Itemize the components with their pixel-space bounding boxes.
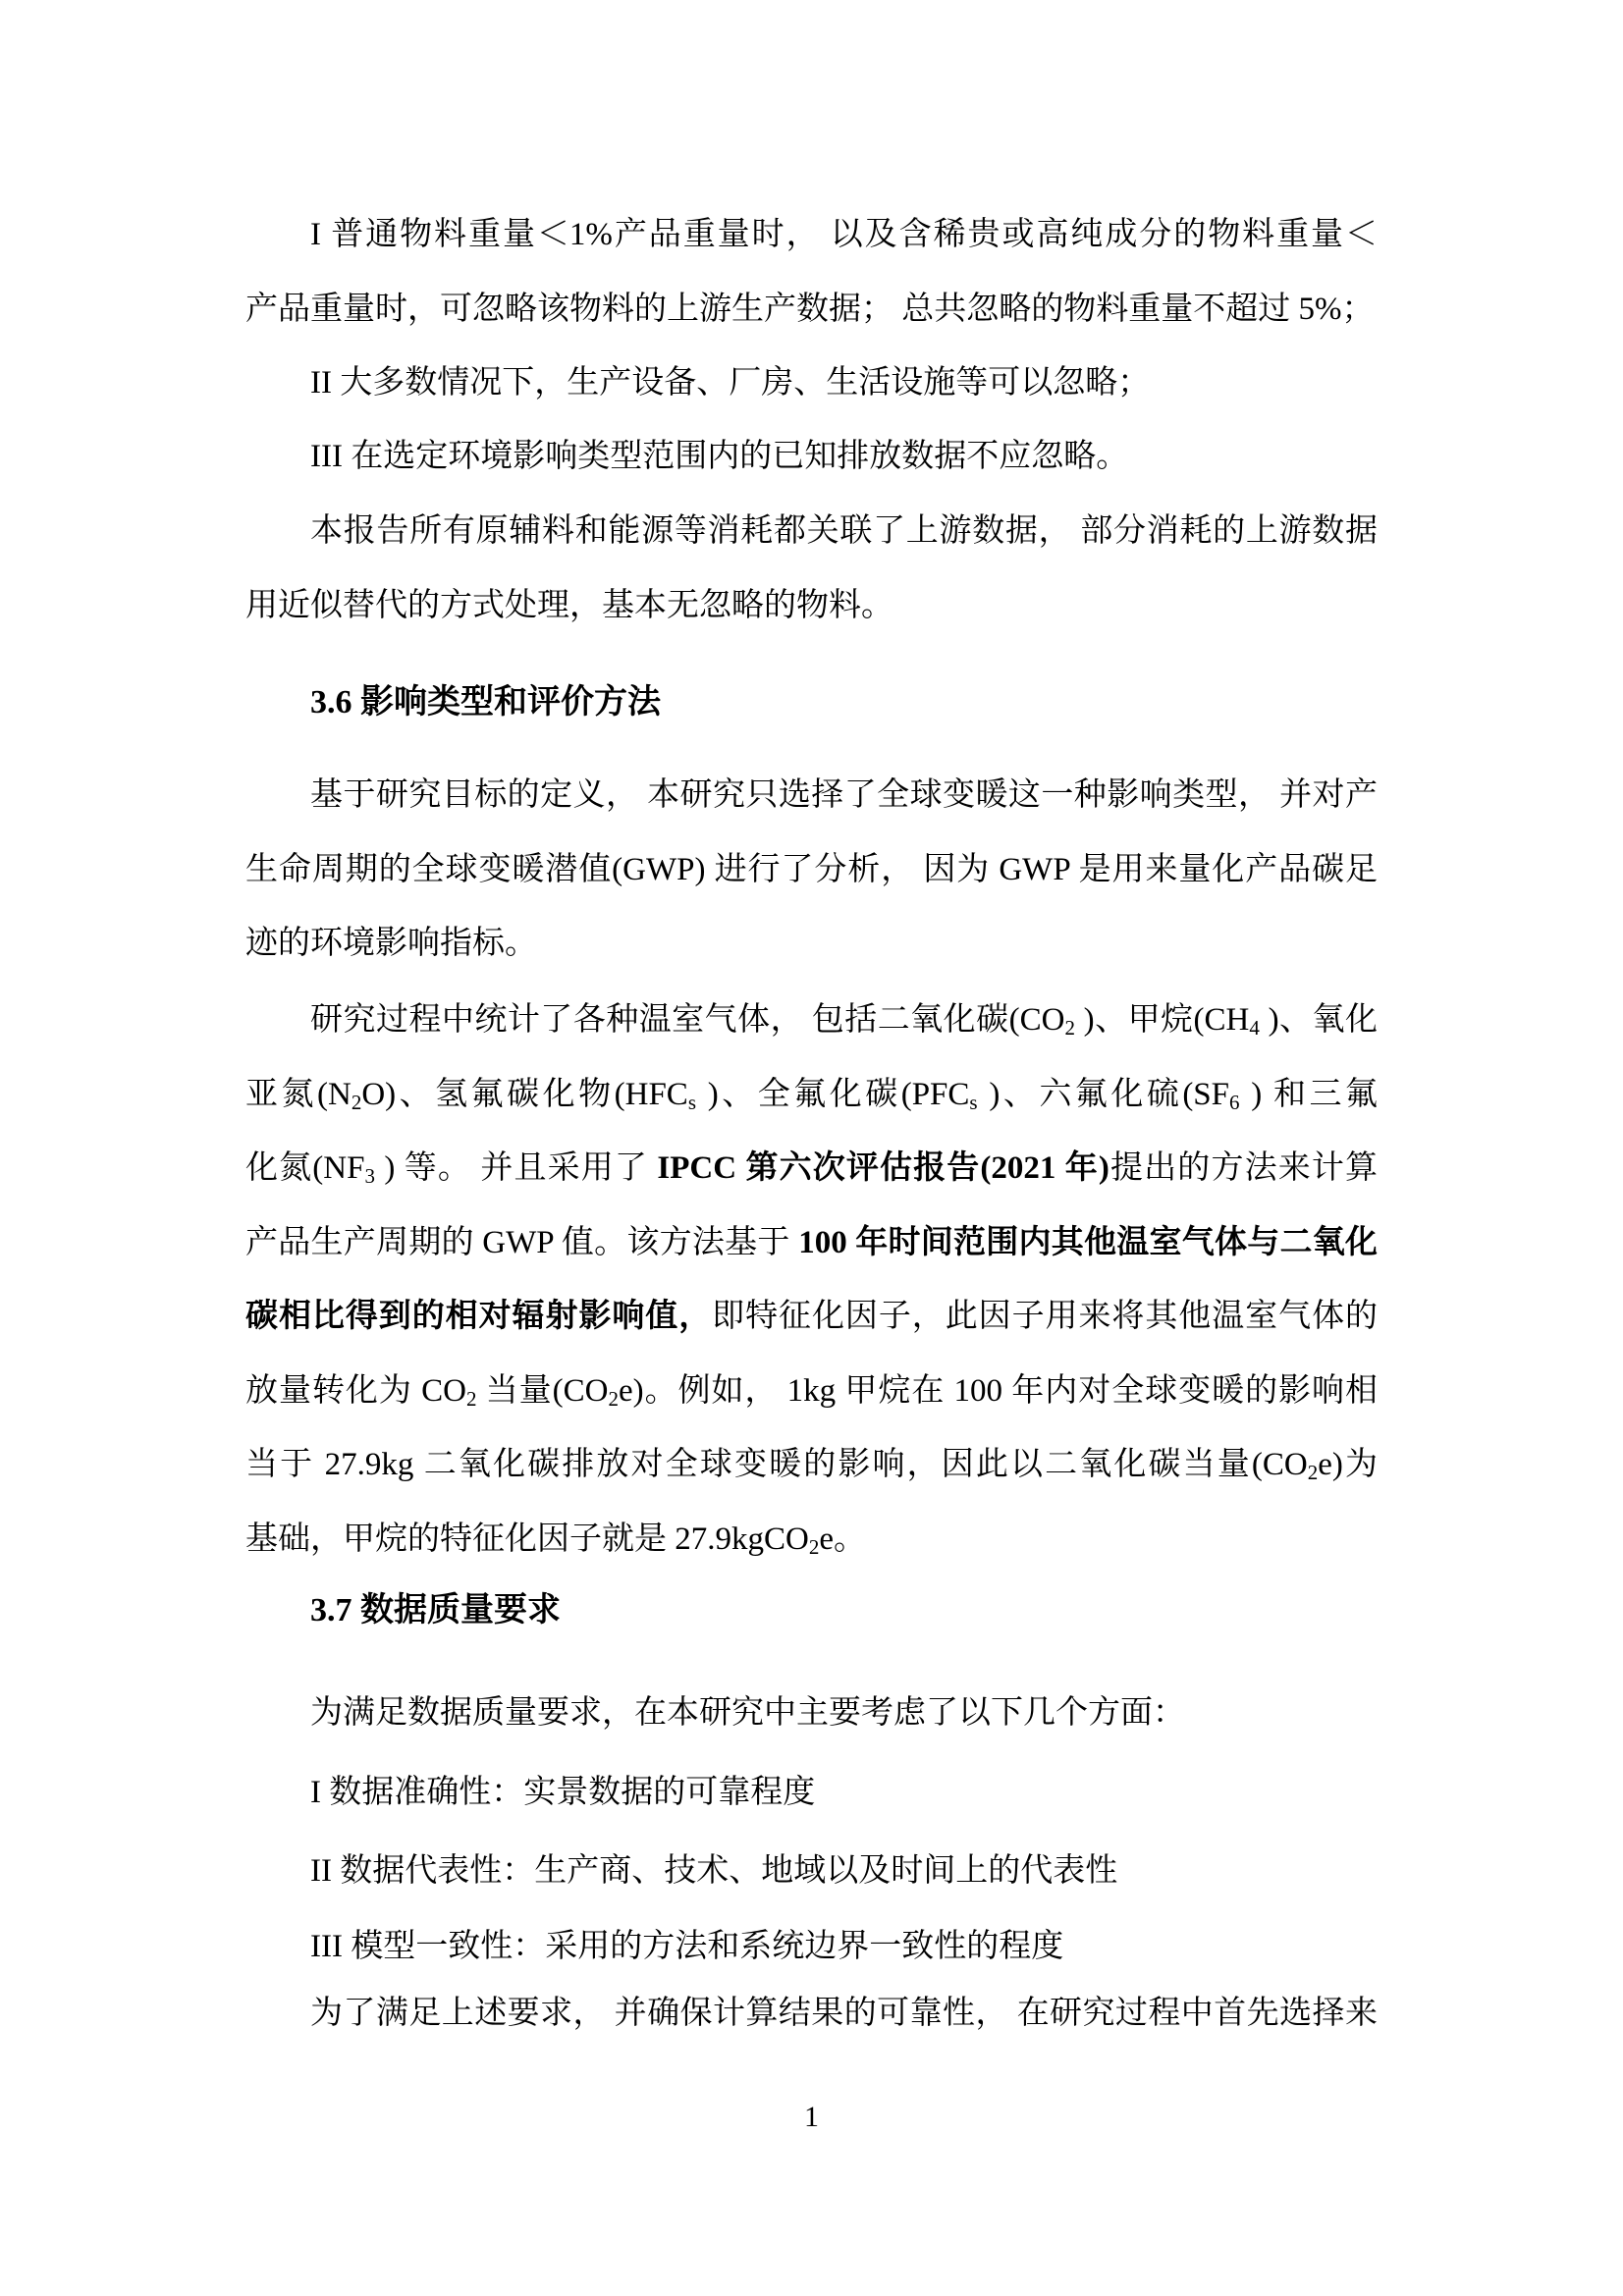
text-line: 生命周期的全球变暖潜值(GWP) 进行了分析， 因为 GWP 是用来量化产品碳足 [245, 833, 1378, 908]
text-line: 基于研究目标的定义， 本研究只选择了全球变暖这一种影响类型， 并对产品 [245, 759, 1378, 833]
text-segment: e)为 [1318, 1447, 1378, 1482]
para-data-representativeness: II 数据代表性：生产商、技术、地域以及时间上的代表性 [245, 1835, 1378, 1909]
text-segment: 迹的环境影响指标。 [245, 926, 537, 961]
text-line: III 在选定环境影响类型范围内的已知排放数据不应忽略。 [245, 420, 1378, 495]
text-segment: 生命周期的全球变暖潜值(GWP) 进行了分析， 因为 GWP 是用来量化产品碳足 [245, 852, 1378, 887]
text-segment: I 数据准确性：实景数据的可靠程度 [310, 1775, 815, 1810]
text-line: 亚氮(N2O)、氢氟碳化物(HFCs )、全氟化碳(PFCs )、六氟化硫(SF… [245, 1058, 1378, 1133]
subscript-text: 2 [1308, 1461, 1319, 1484]
text-line: 为满足数据质量要求，在本研究中主要考虑了以下几个方面： [245, 1677, 1378, 1751]
text-line: 为了满足上述要求， 并确保计算结果的可靠性， 在研究过程中首先选择来自 [245, 1977, 1378, 2052]
heading-3-6: 3.6 影响类型和评价方法 [245, 666, 1378, 740]
text-segment: IPCC 第六次评估报告(2021 年) [657, 1150, 1109, 1186]
subscript-text: 2 [809, 1535, 820, 1559]
text-segment: O)、氢氟碳化物(HFC [361, 1077, 687, 1112]
para-data-quality-intro: 为满足数据质量要求，在本研究中主要考虑了以下几个方面： [245, 1677, 1378, 1751]
text-segment: II 大多数情况下，生产设备、厂房、生活设施等可以忽略； [310, 365, 1150, 400]
subscript-text: 2 [466, 1387, 477, 1411]
text-line: 产品重量时，可忽略该物料的上游生产数据； 总共忽略的物料重量不超过 5%； [245, 273, 1378, 347]
document-page: I 普通物料重量＜1%产品重量时， 以及含稀贵或高纯成分的物料重量＜ 0.1%产… [0, 0, 1623, 2296]
subscript-text: 2 [608, 1387, 619, 1411]
text-segment: )、六氟化硫(SF [978, 1077, 1229, 1112]
text-segment: 3.6 影响类型和评价方法 [310, 684, 661, 721]
text-line: II 大多数情况下，生产设备、厂房、生活设施等可以忽略； [245, 347, 1378, 421]
text-segment: III 模型一致性：采用的方法和系统边界一致性的程度 [310, 1929, 1063, 1964]
text-segment: 基础，甲烷的特征化因子就是 27.9kgCO [245, 1522, 809, 1557]
subscript-text: 6 [1229, 1091, 1240, 1114]
text-segment: I 普通物料重量＜1%产品重量时， 以及含稀贵或高纯成分的物料重量＜ 0.1% [310, 217, 1378, 273]
para-equipment-ignore: II 大多数情况下，生产设备、厂房、生活设施等可以忽略； [245, 347, 1378, 421]
text-segment: 放量转化为 CO [245, 1373, 466, 1409]
text-segment: 当于 27.9kg 二氧化碳排放对全球变暖的影响，因此以二氧化碳当量(CO [245, 1447, 1308, 1482]
text-line: 3.6 影响类型和评价方法 [245, 666, 1378, 740]
text-line: 3.7 数据质量要求 [245, 1574, 1378, 1648]
text-segment: 3.7 数据质量要求 [310, 1592, 561, 1629]
text-line: II 数据代表性：生产商、技术、地域以及时间上的代表性 [245, 1835, 1378, 1909]
text-segment: e)。例如， 1kg 甲烷在 100 年内对全球变暖的影响相 [619, 1373, 1378, 1409]
text-line: 放量转化为 CO2 当量(CO2e)。例如， 1kg 甲烷在 100 年内对全球… [245, 1355, 1378, 1429]
subscript-text: s [688, 1091, 696, 1114]
text-line: 迹的环境影响指标。 [245, 907, 1378, 982]
text-segment: )、氧化 [1260, 1002, 1378, 1038]
text-line: 研究过程中统计了各种温室气体， 包括二氧化碳(CO2 )、甲烷(CH4 )、氧化 [245, 984, 1378, 1058]
text-segment: 研究过程中统计了各种温室气体， 包括二氧化碳(CO [310, 1002, 1064, 1038]
text-segment: 产品生产周期的 GWP 值。该方法基于 [245, 1225, 798, 1260]
subscript-text: s [969, 1091, 977, 1114]
text-line: 化氮(NF3 ) 等。 并且采用了 IPCC 第六次评估报告(2021 年)提出… [245, 1132, 1378, 1206]
subscript-text: 3 [364, 1164, 375, 1188]
page-number: 1 [0, 2101, 1623, 2134]
text-segment: 当量(CO [476, 1373, 608, 1409]
text-segment: III 在选定环境影响类型范围内的已知排放数据不应忽略。 [310, 439, 1128, 474]
text-segment: e。 [819, 1522, 866, 1557]
text-line: 当于 27.9kg 二氧化碳排放对全球变暖的影响，因此以二氧化碳当量(CO2e)… [245, 1428, 1378, 1503]
text-line: III 模型一致性：采用的方法和系统边界一致性的程度 [245, 1910, 1378, 1985]
text-segment: ) 和三氟 [1240, 1077, 1378, 1112]
text-line: 产品生产周期的 GWP 值。该方法基于 100 年时间范围内其他温室气体与二氧化 [245, 1206, 1378, 1281]
text-segment: ) 等。 并且采用了 [375, 1150, 657, 1186]
subscript-text: 2 [1064, 1016, 1075, 1040]
text-segment: 化氮(NF [245, 1150, 364, 1186]
text-segment: 基于研究目标的定义， 本研究只选择了全球变暖这一种影响类型， 并对产品 [310, 777, 1378, 833]
para-known-emissions: III 在选定环境影响类型范围内的已知排放数据不应忽略。 [245, 420, 1378, 495]
subscript-text: 2 [352, 1091, 362, 1114]
para-model-consistency: III 模型一致性：采用的方法和系统边界一致性的程度 [245, 1910, 1378, 1985]
para-material-cutoff: I 普通物料重量＜1%产品重量时， 以及含稀贵或高纯成分的物料重量＜ 0.1%产… [245, 198, 1378, 347]
para-requirements-continuation: 为了满足上述要求， 并确保计算结果的可靠性， 在研究过程中首先选择来自 [245, 1977, 1378, 2052]
para-report-upstream-data: 本报告所有原辅料和能源等消耗都关联了上游数据， 部分消耗的上游数据采用近似替代的… [245, 495, 1378, 643]
subscript-text: 4 [1249, 1016, 1260, 1040]
para-data-accuracy: I 数据准确性：实景数据的可靠程度 [245, 1756, 1378, 1831]
text-segment: 碳相比得到的相对辐射影响值， [245, 1299, 712, 1334]
text-segment: 提出的方法来计算 [1109, 1150, 1378, 1186]
text-segment: 100 年时间范围内其他温室气体与二氧化 [798, 1225, 1378, 1260]
text-line: I 数据准确性：实景数据的可靠程度 [245, 1756, 1378, 1831]
text-line: 基础，甲烷的特征化因子就是 27.9kgCO2e。 [245, 1503, 1378, 1577]
heading-3-7: 3.7 数据质量要求 [245, 1574, 1378, 1648]
text-line: 用近似替代的方式处理，基本无忽略的物料。 [245, 569, 1378, 644]
text-segment: II 数据代表性：生产商、技术、地域以及时间上的代表性 [310, 1853, 1117, 1889]
para-greenhouse-gases-ipcc: 研究过程中统计了各种温室气体， 包括二氧化碳(CO2 )、甲烷(CH4 )、氧化… [245, 984, 1378, 1576]
para-gwp-selection: 基于研究目标的定义， 本研究只选择了全球变暖这一种影响类型， 并对产品生命周期的… [245, 759, 1378, 982]
text-segment: )、甲烷(CH [1075, 1002, 1249, 1038]
text-segment: )、全氟化碳(PFC [696, 1077, 969, 1112]
text-line: 本报告所有原辅料和能源等消耗都关联了上游数据， 部分消耗的上游数据采 [245, 495, 1378, 569]
text-segment: 为了满足上述要求， 并确保计算结果的可靠性， 在研究过程中首先选择来自 [310, 1996, 1378, 2052]
text-line: 碳相比得到的相对辐射影响值，即特征化因子，此因子用来将其他温室气体的排 [245, 1280, 1378, 1355]
text-segment: 本报告所有原辅料和能源等消耗都关联了上游数据， 部分消耗的上游数据采 [310, 513, 1378, 569]
text-segment: 为满足数据质量要求，在本研究中主要考虑了以下几个方面： [310, 1695, 1185, 1731]
text-segment: 用近似替代的方式处理，基本无忽略的物料。 [245, 588, 893, 623]
text-segment: 产品重量时，可忽略该物料的上游生产数据； 总共忽略的物料重量不超过 5%； [245, 292, 1375, 327]
text-segment: 亚氮(N [245, 1077, 352, 1112]
text-line: I 普通物料重量＜1%产品重量时， 以及含稀贵或高纯成分的物料重量＜ 0.1% [245, 198, 1378, 273]
